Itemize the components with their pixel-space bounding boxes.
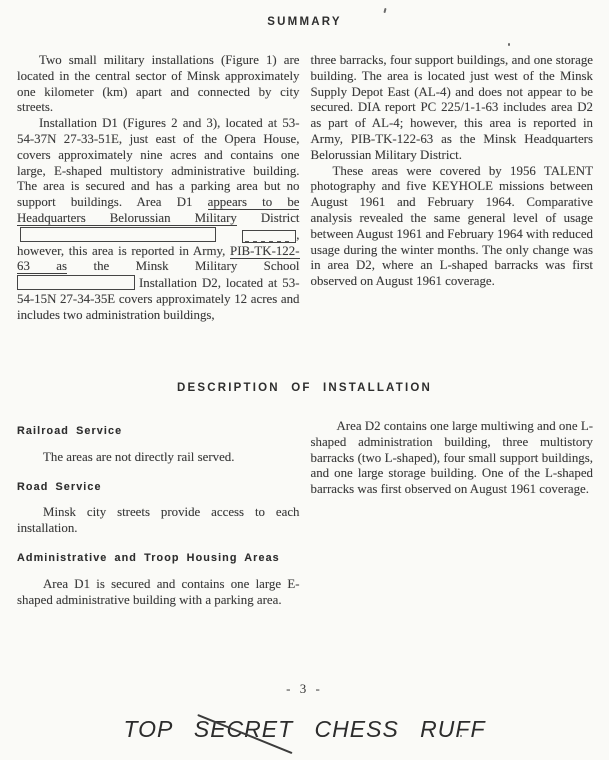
scan-speck (508, 43, 510, 46)
scan-speck (383, 8, 386, 13)
document-page: SUMMARY Two small military installations… (0, 0, 609, 760)
description-left-column: Railroad Service The areas are not direc… (17, 419, 300, 608)
summary-columns: Two small military installations (Figure… (17, 53, 593, 324)
redaction-box (17, 275, 135, 290)
summary-text-run: however, this area is reported in Army, (17, 244, 230, 258)
description-right-column: Area D2 contains one large multiwing and… (311, 419, 594, 608)
section-heading-admin-troop-housing: Administrative and Troop Housing Areas (17, 551, 300, 567)
summary-paragraph: These areas were covered by 1956 TALENT … (311, 164, 594, 290)
description-paragraph: Area D2 contains one large multiwing and… (311, 419, 594, 498)
classification-stamp: TOP SECRET CHESS RUFF (0, 716, 609, 743)
summary-right-column: three barracks, four support buildings, … (311, 53, 594, 324)
summary-text-run: District (237, 211, 300, 225)
summary-left-column: Two small military installations (Figure… (17, 53, 300, 324)
redaction-comma: , (296, 228, 299, 242)
description-columns: Railroad Service The areas are not direc… (17, 419, 593, 608)
page-number: - 3 - (0, 681, 609, 697)
section-heading-railroad-service: Railroad Service (17, 424, 300, 440)
scan-speck (460, 735, 462, 737)
section-body: Area D1 is secured and contains one larg… (17, 577, 300, 609)
section-heading-road-service: Road Service (17, 480, 300, 496)
summary-paragraph-with-redactions: Installation D1 (Figures 2 and 3), locat… (17, 116, 300, 323)
summary-paragraph-continuation: three barracks, four support buildings, … (311, 53, 594, 164)
redaction-box-fragment (242, 230, 296, 243)
summary-paragraph: Two small military installations (Figure… (17, 53, 300, 116)
summary-text-run: the Minsk Military School (67, 259, 299, 273)
description-heading: DESCRIPTION OF INSTALLATION (0, 382, 609, 394)
summary-heading: SUMMARY (0, 16, 609, 28)
section-body: The areas are not directly rail served. (17, 450, 300, 466)
redaction-box (20, 227, 216, 242)
section-body: Minsk city streets provide access to eac… (17, 505, 300, 537)
